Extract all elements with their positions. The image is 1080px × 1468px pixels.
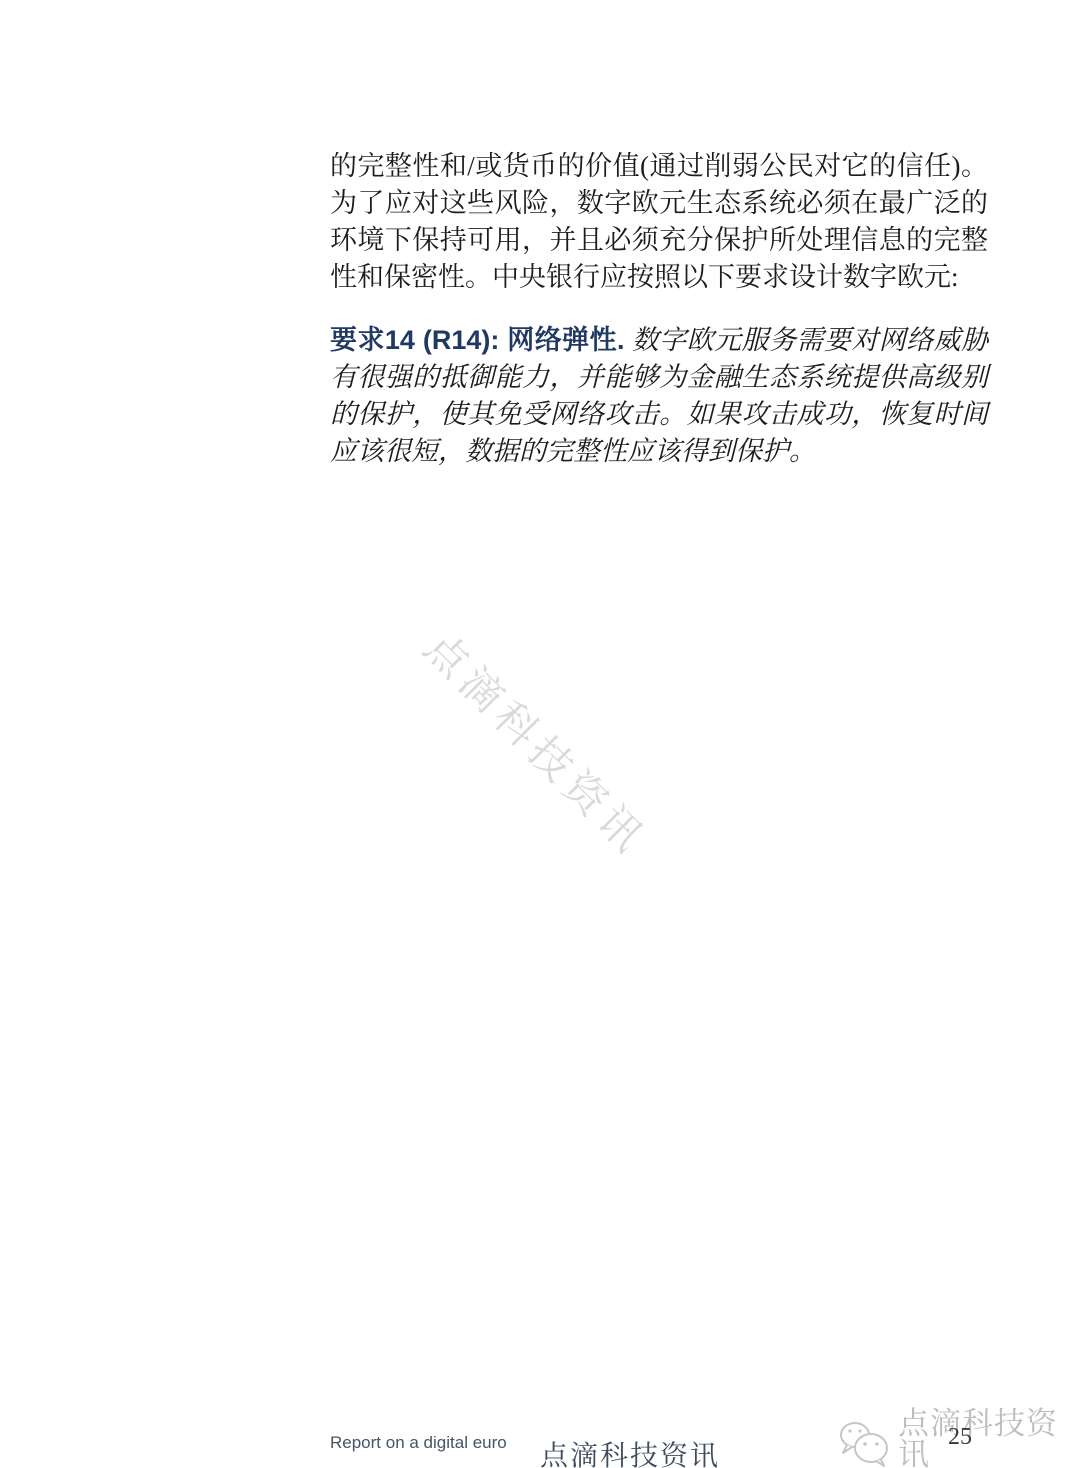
diagonal-watermark: 点滴科技资讯 — [408, 618, 663, 873]
paragraph-intro: 的完整性和/或货币的价值(通过削弱公民对它的信任)。为了应对这些风险，数字欧元生… — [330, 148, 988, 296]
wechat-logo-icon — [838, 1415, 890, 1468]
footer-report-title: Report on a digital euro — [330, 1433, 507, 1453]
page-number: 25 — [948, 1424, 972, 1451]
footer-brand-center: 点滴科技资讯 — [540, 1434, 720, 1468]
requirement-heading: 要求14 (R14): 网络弹性. — [330, 325, 625, 355]
document-page: 的完整性和/或货币的价值(通过削弱公民对它的信任)。为了应对这些风险，数字欧元生… — [0, 0, 1080, 1468]
page-content: 的完整性和/或货币的价值(通过削弱公民对它的信任)。为了应对这些风险，数字欧元生… — [330, 148, 988, 470]
paragraph-requirement: 要求14 (R14): 网络弹性. 数字欧元服务需要对网络威胁有很强的抵御能力，… — [330, 322, 988, 470]
footer-brand-right-label: 点滴科技资讯 — [898, 1408, 1080, 1468]
